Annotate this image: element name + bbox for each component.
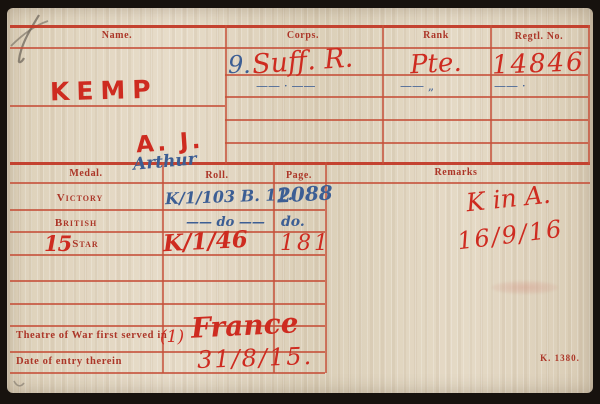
ruled-line <box>490 25 492 164</box>
theatre-of-war-label: Theatre of War first served in <box>16 330 167 342</box>
corps-column-label: Corps. <box>271 30 335 42</box>
ruled-line <box>225 25 227 164</box>
medal-row-victory-label: Victory <box>40 192 120 204</box>
rank-value: Pte. <box>409 48 462 81</box>
form-number: K. 1380. <box>532 352 588 364</box>
date-of-entry-value: 31/8/15. <box>197 342 314 374</box>
ruled-line <box>10 303 325 305</box>
rank-ditto-mark: —— „ <box>400 79 434 93</box>
date-of-entry-label: Date of entry therein <box>16 356 122 368</box>
theatre-value-prefix: (1) <box>160 327 184 347</box>
corps-unit-number: 9. <box>228 51 251 79</box>
ruled-line <box>225 119 588 121</box>
rank-column-label: Rank <box>404 30 468 42</box>
ruled-line <box>10 25 590 28</box>
theatre-value: France <box>190 306 299 345</box>
british-page-ditto: do. <box>281 214 305 230</box>
ruled-line <box>225 142 588 144</box>
ruled-line <box>10 162 590 165</box>
star-page-value: 181 <box>280 231 331 256</box>
surname-value: KEMP <box>50 75 158 107</box>
pencil-squiggle-mark <box>8 12 52 66</box>
ruled-line <box>225 96 588 98</box>
ruled-line <box>10 105 225 107</box>
medal-index-card: Name. Corps. Rank Regtl. No. Medal. Roll… <box>0 0 600 404</box>
ink-smudge <box>492 281 558 294</box>
medal-column-label: Medal. <box>54 168 118 180</box>
regtl-no-ditto-mark: —— · <box>494 79 526 93</box>
star-roll-value: K/1/46 <box>162 226 248 257</box>
corps-ditto-mark: —— · —— <box>256 79 315 93</box>
ruled-line <box>10 209 325 211</box>
ruled-line <box>10 280 325 282</box>
ruled-line <box>382 25 384 164</box>
name-column-label: Name. <box>75 30 159 42</box>
ruled-line <box>10 372 325 374</box>
regtl-no-column-label: Regtl. No. <box>497 31 581 43</box>
star-printed-label: Star <box>72 238 98 250</box>
star-15-handwritten: 15 <box>44 231 71 256</box>
victory-page-value: 2088 <box>276 181 333 208</box>
regtl-no-value: 14846 <box>492 47 586 80</box>
medal-row-star-label: 15Star <box>44 238 134 250</box>
pencil-tick-mark <box>12 378 26 390</box>
remarks-column-label: Remarks <box>414 167 498 179</box>
roll-column-label: Roll. <box>185 170 249 182</box>
medal-row-british-label: British <box>40 217 112 229</box>
ruled-line <box>588 25 590 164</box>
